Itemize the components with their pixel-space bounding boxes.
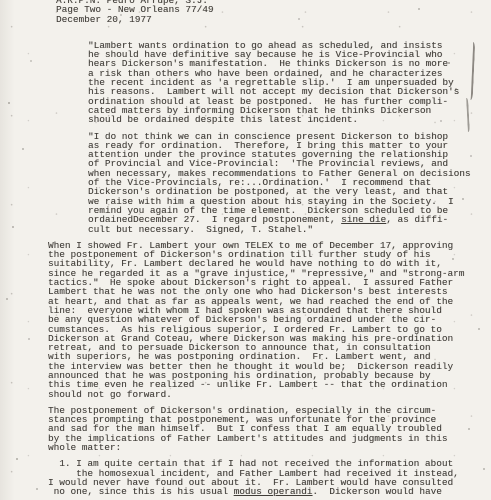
paragraph-3: When I showed Fr. Lambert your own TELEX… bbox=[48, 241, 491, 399]
numbered-item-1: 1. I am quite certain that if I had not … bbox=[48, 459, 491, 496]
text-segment: , as diffi- bbox=[386, 214, 448, 225]
scanned-letter-page: A.R.P.N. Pedro Arrupe, S.J.Page Two - Ne… bbox=[0, 0, 491, 500]
underlined-text: sine die bbox=[341, 214, 386, 225]
scan-noise-specks bbox=[0, 0, 2, 2]
paragraph-4: The postponement of Dickerson's ordinati… bbox=[48, 406, 491, 452]
text-line: December 20, 1977 bbox=[56, 15, 491, 24]
quoted-paragraph-2: "I do not think we can in conscience pre… bbox=[88, 132, 491, 234]
text-segment: no one, since this is his usual bbox=[48, 486, 234, 497]
underlined-text: modus operandi bbox=[234, 486, 313, 497]
text-segment: whole matter: bbox=[48, 442, 121, 453]
text-line: cult but necessary. Signed, T. Stahel." bbox=[88, 225, 491, 234]
text-segment: should be ordained despite this latest i… bbox=[88, 114, 358, 125]
text-line: no one, since this is his usual modus op… bbox=[48, 487, 491, 496]
text-line: should be ordained despite this latest i… bbox=[88, 115, 491, 124]
text-line: whole matter: bbox=[48, 443, 491, 452]
text-segment: December 20, 1977 bbox=[56, 14, 152, 25]
letter-header: A.R.P.N. Pedro Arrupe, S.J.Page Two - Ne… bbox=[56, 0, 491, 24]
text-line: should not go forward. bbox=[48, 390, 491, 399]
text-segment: should not go forward. bbox=[48, 389, 172, 400]
text-segment: cult but necessary. Signed, T. Stahel." bbox=[88, 224, 313, 235]
quoted-paragraph-1: "Lambert wants ordination to go ahead as… bbox=[88, 41, 491, 125]
text-segment: . Dickerson would have bbox=[312, 486, 441, 497]
letter-body: A.R.P.N. Pedro Arrupe, S.J.Page Two - Ne… bbox=[0, 0, 491, 500]
